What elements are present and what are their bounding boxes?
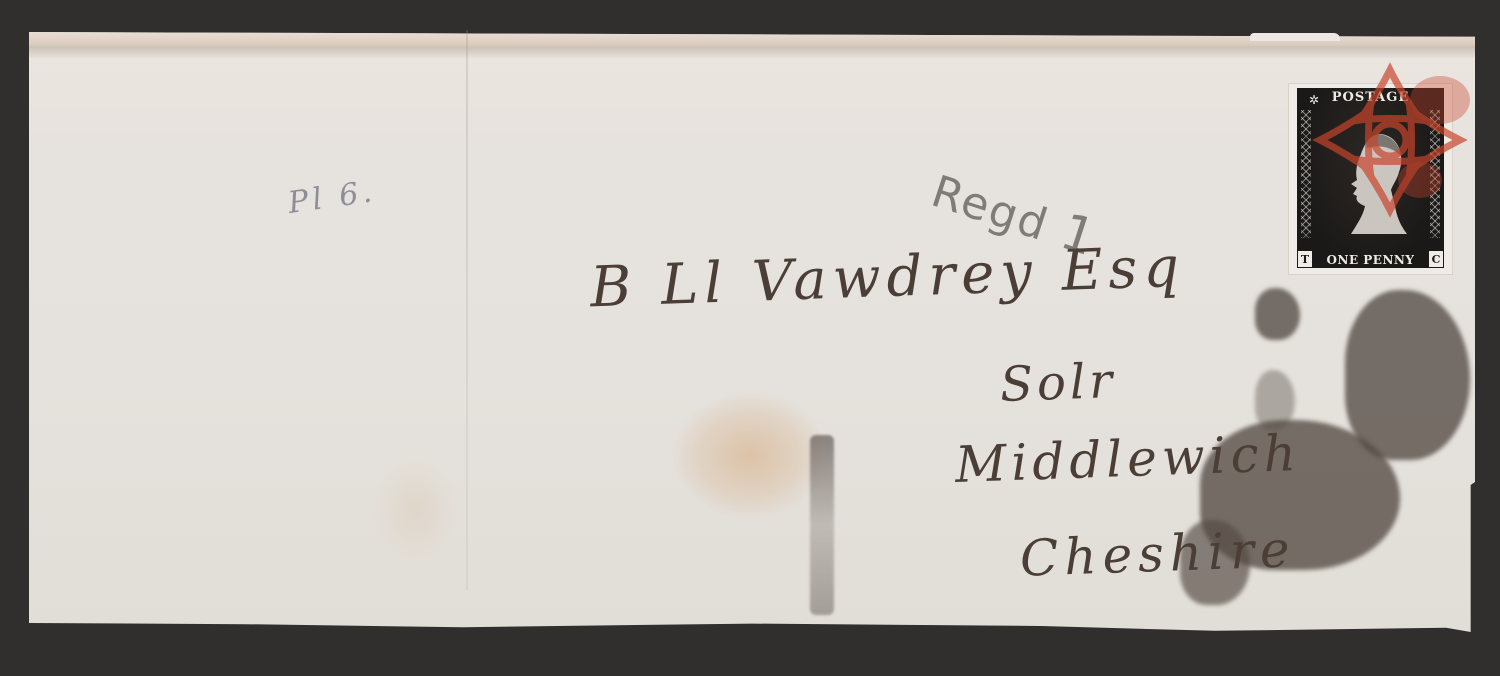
stamp-value-label: ONE PENNY — [1297, 253, 1444, 267]
address-line-title: Solr — [999, 353, 1117, 413]
ink-smudge — [810, 435, 834, 615]
faint-stain — [370, 455, 460, 565]
stamp-corner-letter: T — [1297, 250, 1313, 268]
paper-tear — [1250, 33, 1340, 41]
paper-fold-line — [466, 30, 468, 590]
address-line-town: Middlewich — [954, 424, 1302, 494]
ink-blot — [1255, 288, 1300, 340]
address-line-county: Cheshire — [1019, 520, 1296, 588]
foxing-stain — [670, 390, 830, 520]
maltese-cross-cancel-icon — [1300, 50, 1480, 230]
ink-blot — [1255, 370, 1295, 430]
stamp-corner-letter: C — [1428, 250, 1444, 268]
